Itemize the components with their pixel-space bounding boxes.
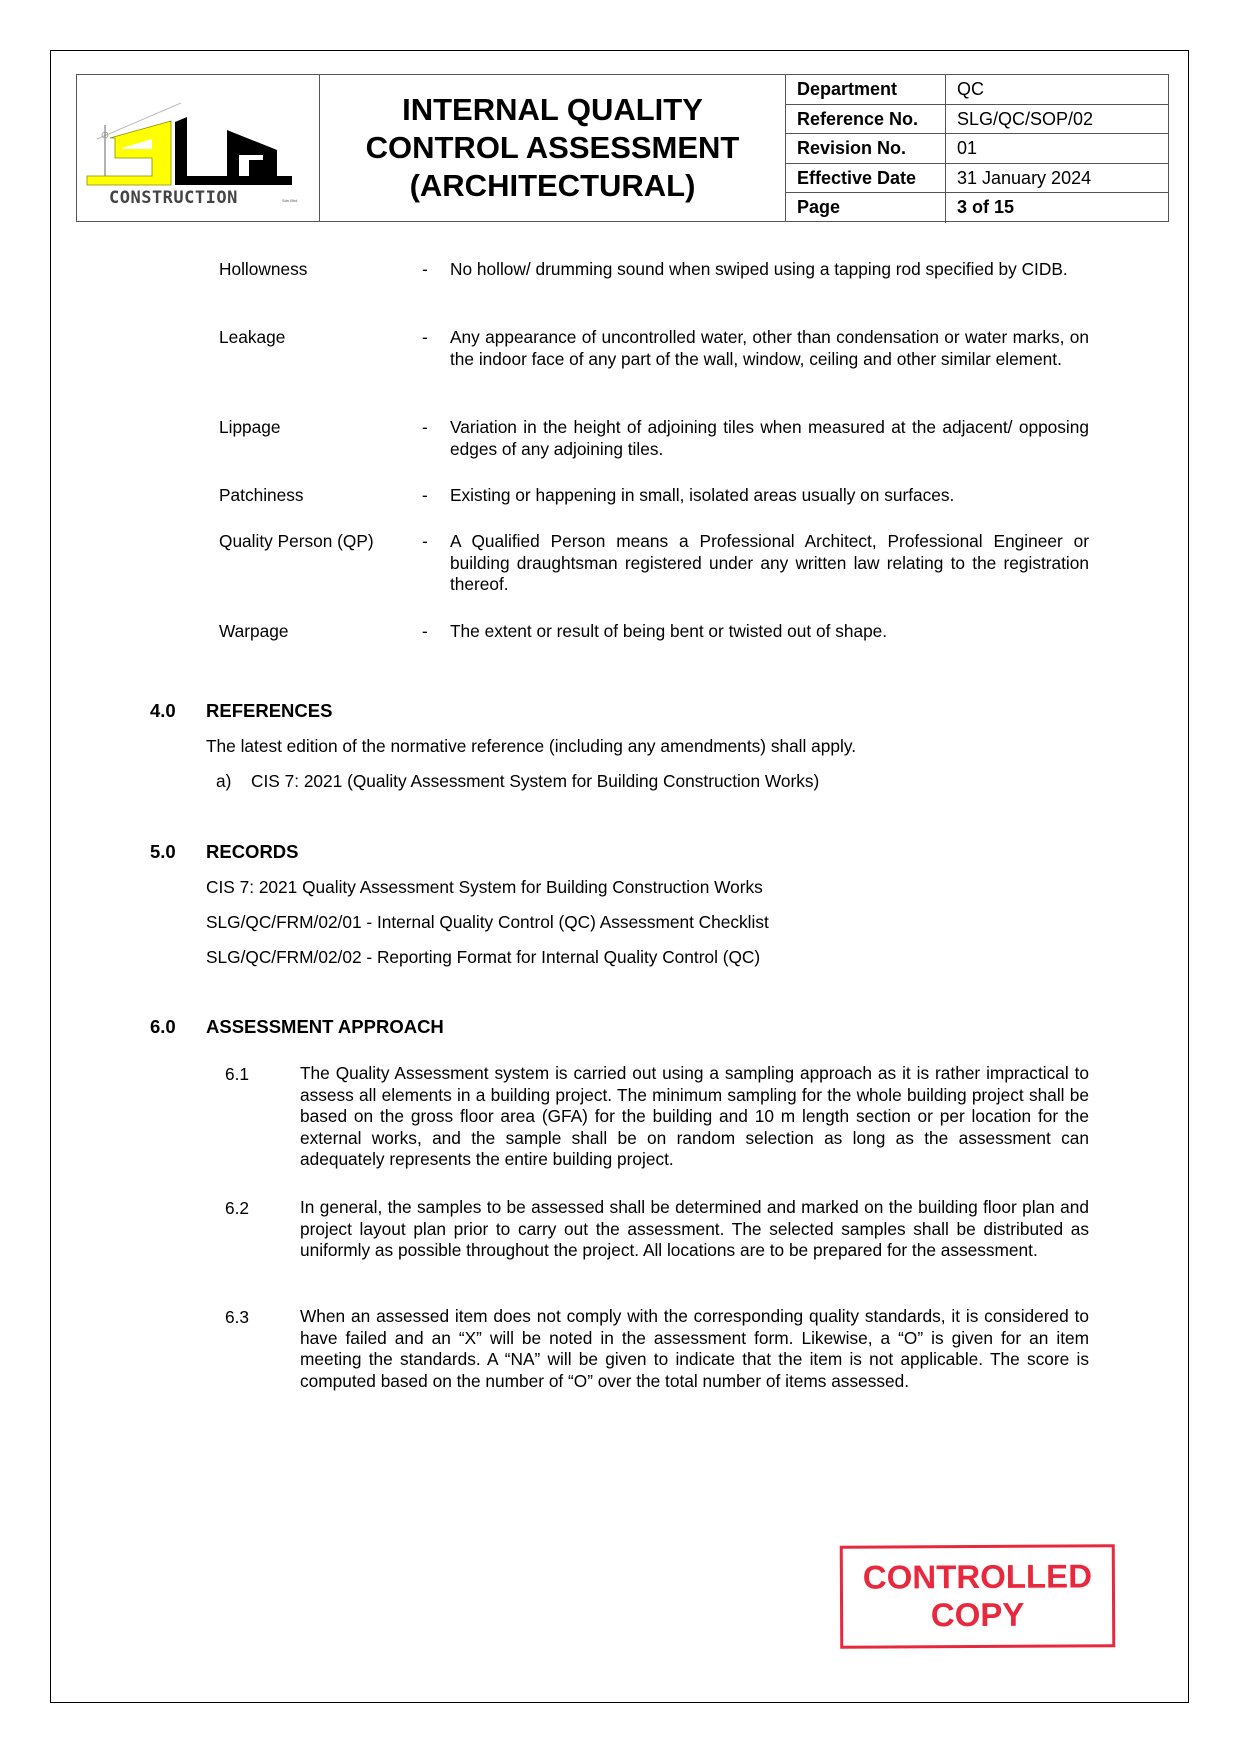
definition-text: Variation in the height of adjoining til… (450, 417, 1089, 460)
definition-text: Existing or happening in small, isolated… (450, 485, 1089, 507)
controlled-copy-stamp: CONTROLLED COPY (840, 1544, 1116, 1648)
meta-key: Page (786, 193, 946, 223)
section-title-assessment-approach: ASSESSMENT APPROACH (206, 1016, 444, 1038)
record-item: CIS 7: 2021 Quality Assessment System fo… (206, 877, 763, 898)
definition-text: The extent or result of being bent or tw… (450, 621, 1089, 643)
clause-number: 6.2 (225, 1198, 249, 1219)
definition-item: Leakage - Any appearance of uncontrolled… (219, 327, 1089, 370)
definition-term: Warpage (219, 621, 288, 643)
meta-row-revision: Revision No. 01 (786, 134, 1168, 164)
definition-dash: - (422, 417, 428, 439)
meta-key: Department (786, 75, 946, 104)
document-title: INTERNAL QUALITY CONTROL ASSESSMENT (ARC… (320, 75, 786, 221)
section-number: 5.0 (150, 841, 176, 863)
meta-row-reference: Reference No. SLG/QC/SOP/02 (786, 105, 1168, 135)
meta-row-page: Page 3 of 15 (786, 193, 1168, 223)
definition-term: Quality Person (QP) (219, 531, 374, 553)
definition-term: Leakage (219, 327, 285, 349)
definition-term: Patchiness (219, 485, 304, 507)
slg-logo-icon: CONSTRUCTION Sdn Bhd (77, 75, 317, 220)
definition-text: A Qualified Person means a Professional … (450, 531, 1089, 596)
definition-dash: - (422, 327, 428, 349)
section-number: 6.0 (150, 1016, 176, 1038)
clause-number: 6.1 (225, 1064, 249, 1085)
definition-dash: - (422, 621, 428, 643)
definition-item: Lippage - Variation in the height of adj… (219, 417, 1089, 460)
meta-value: 01 (946, 134, 1168, 163)
clause-text: In general, the samples to be assessed s… (300, 1197, 1089, 1262)
definition-item: Warpage - The extent or result of being … (219, 621, 1089, 643)
definition-text: No hollow/ drumming sound when swiped us… (450, 259, 1089, 281)
section-number: 4.0 (150, 700, 176, 722)
page-number: 3 of 15 (946, 193, 1168, 223)
stamp-line: CONTROLLED (843, 1557, 1112, 1596)
definition-dash: - (422, 485, 428, 507)
definition-text: Any appearance of uncontrolled water, ot… (450, 327, 1089, 370)
section-title-references: REFERENCES (206, 700, 332, 722)
reference-item-label: a) (216, 771, 231, 792)
definition-item: Quality Person (QP) - A Qualified Person… (219, 531, 1089, 596)
document-header: CONSTRUCTION Sdn Bhd INTERNAL QUALITY CO… (76, 74, 1169, 222)
record-item: SLG/QC/FRM/02/02 - Reporting Format for … (206, 947, 760, 968)
definition-item: Hollowness - No hollow/ drumming sound w… (219, 259, 1089, 281)
definition-dash: - (422, 259, 428, 281)
definition-term: Hollowness (219, 259, 307, 281)
title-line: INTERNAL QUALITY (402, 91, 703, 129)
meta-key: Revision No. (786, 134, 946, 163)
meta-value: SLG/QC/SOP/02 (946, 105, 1168, 134)
clause-text: The Quality Assessment system is carried… (300, 1063, 1089, 1171)
meta-value: 31 January 2024 (946, 164, 1168, 193)
clause-number: 6.3 (225, 1307, 249, 1328)
meta-key: Effective Date (786, 164, 946, 193)
definition-dash: - (422, 531, 428, 553)
references-intro: The latest edition of the normative refe… (206, 736, 856, 757)
svg-text:CONSTRUCTION: CONSTRUCTION (109, 188, 238, 208)
stamp-line: COPY (843, 1595, 1112, 1634)
definition-item: Patchiness - Existing or happening in sm… (219, 485, 1089, 507)
title-line: CONTROL ASSESSMENT (366, 129, 740, 167)
title-line: (ARCHITECTURAL) (410, 167, 696, 205)
record-item: SLG/QC/FRM/02/01 - Internal Quality Cont… (206, 912, 769, 933)
meta-row-department: Department QC (786, 75, 1168, 105)
document-meta-table: Department QC Reference No. SLG/QC/SOP/0… (786, 75, 1168, 221)
meta-row-effective-date: Effective Date 31 January 2024 (786, 164, 1168, 194)
section-title-records: RECORDS (206, 841, 299, 863)
clause-text: When an assessed item does not comply wi… (300, 1306, 1089, 1392)
reference-item: CIS 7: 2021 (Quality Assessment System f… (251, 771, 819, 792)
meta-key: Reference No. (786, 105, 946, 134)
svg-text:Sdn Bhd: Sdn Bhd (282, 198, 297, 203)
company-logo: CONSTRUCTION Sdn Bhd (77, 75, 320, 221)
definition-term: Lippage (219, 417, 281, 439)
meta-value: QC (946, 75, 1168, 104)
